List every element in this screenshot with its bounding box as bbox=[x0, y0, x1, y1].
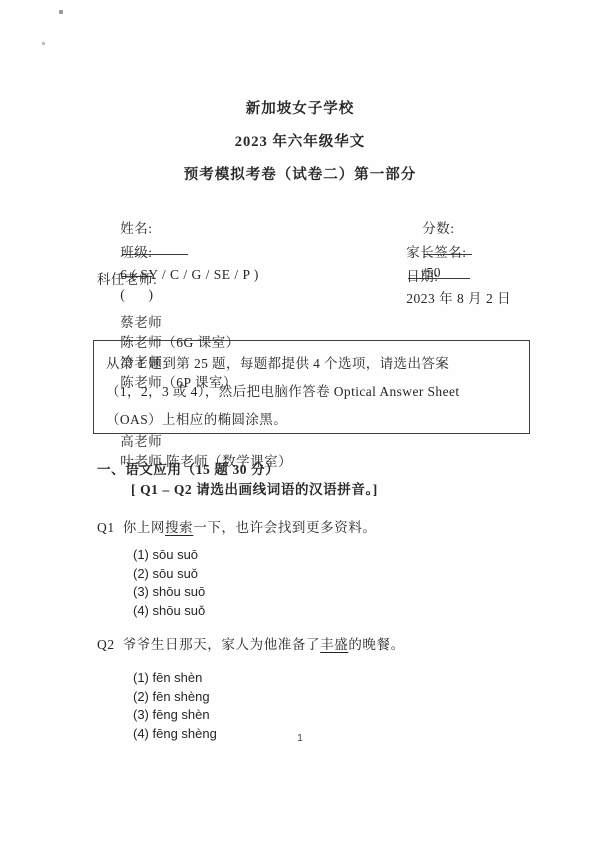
scan-artifact bbox=[42, 42, 45, 45]
answer-option: (1) sōu suō bbox=[133, 546, 205, 565]
question-text: 爷爷生日那天，家人为他准备了 bbox=[123, 637, 320, 652]
class-label: 班级: bbox=[120, 245, 152, 260]
section-subheading: [ Q1 – Q2 请选出画线词语的汉语拼音。] bbox=[131, 478, 378, 498]
instruction-line: （1，2，3 或 4），然后把电脑作答卷 Optical Answer Shee… bbox=[106, 378, 517, 406]
score-label: 分数: bbox=[422, 221, 454, 236]
parent-signature-label: 家长签名: bbox=[406, 245, 466, 260]
score-info-block: 分数: /50 家长签名: 日期: 2023 年 8 月 2 日 bbox=[383, 196, 511, 268]
q1-options: (1) sōu suō (2) sōu suǒ (3) shōu suō (4)… bbox=[133, 546, 205, 620]
scan-artifact bbox=[59, 10, 63, 14]
title-block: 新加坡女子学校 2023 年六年级华文 预考模拟考卷（试卷二）第一部分 bbox=[0, 97, 600, 196]
teacher-name: 高老师 bbox=[120, 434, 162, 449]
answer-option: (3) shōu suō bbox=[133, 583, 205, 602]
score-row: 分数: /50 bbox=[383, 196, 511, 220]
instruction-line: （OAS）上相应的椭圆涂黑。 bbox=[106, 406, 517, 434]
question-q2: Q2爷爷生日那天，家人为他准备了丰盛的晚餐。 bbox=[97, 633, 405, 653]
date-label: 日期: bbox=[406, 269, 438, 284]
answer-option: (4) shōu suǒ bbox=[133, 602, 205, 621]
student-info-block: 姓名: ( ) 班级: 6 ( SY / C / G / SE / P ) bbox=[97, 196, 259, 244]
page-number: 1 bbox=[0, 733, 600, 744]
answer-option: (2) sōu suǒ bbox=[133, 565, 205, 584]
instruction-box: 从第 1 题到第 25 题，每题都提供 4 个选项，请选出答案 （1，2，3 或… bbox=[93, 340, 530, 434]
name-label: 姓名: bbox=[120, 221, 152, 236]
date-value: 2023 年 8 月 2 日 bbox=[406, 291, 511, 306]
question-number: Q2 bbox=[97, 637, 115, 652]
exam-page: 新加坡女子学校 2023 年六年级华文 预考模拟考卷（试卷二）第一部分 姓名: … bbox=[0, 0, 600, 849]
underlined-word: 丰盛 bbox=[320, 637, 348, 652]
exam-paper-title: 预考模拟考卷（试卷二）第一部分 bbox=[0, 163, 600, 184]
question-text: 你上网 bbox=[123, 520, 165, 535]
q2-options: (1) fēn shèn (2) fēn shèng (3) fēng shèn… bbox=[133, 669, 217, 743]
question-text: 一下，也许会找到更多资料。 bbox=[193, 520, 376, 535]
question-number: Q1 bbox=[97, 520, 115, 535]
teachers-heading: 科任老师: bbox=[97, 268, 308, 288]
teacher-name: 蔡老师 bbox=[120, 315, 162, 330]
instruction-line: 从第 1 题到第 25 题，每题都提供 4 个选项，请选出答案 bbox=[106, 350, 517, 378]
answer-option: (1) fēn shèn bbox=[133, 669, 217, 688]
school-name: 新加坡女子学校 bbox=[0, 97, 600, 118]
answer-option: (2) fēn shèng bbox=[133, 688, 217, 707]
underlined-word: 搜索 bbox=[165, 520, 193, 535]
section-heading: 一、语文应用（15 题 30 分） bbox=[97, 458, 279, 478]
name-row: 姓名: ( ) bbox=[97, 196, 259, 220]
answer-option: (3) fēng shèn bbox=[133, 706, 217, 725]
exam-year-level: 2023 年六年级华文 bbox=[0, 130, 600, 151]
question-q1: Q1你上网搜索一下，也许会找到更多资料。 bbox=[97, 516, 377, 536]
question-text: 的晚餐。 bbox=[348, 637, 404, 652]
